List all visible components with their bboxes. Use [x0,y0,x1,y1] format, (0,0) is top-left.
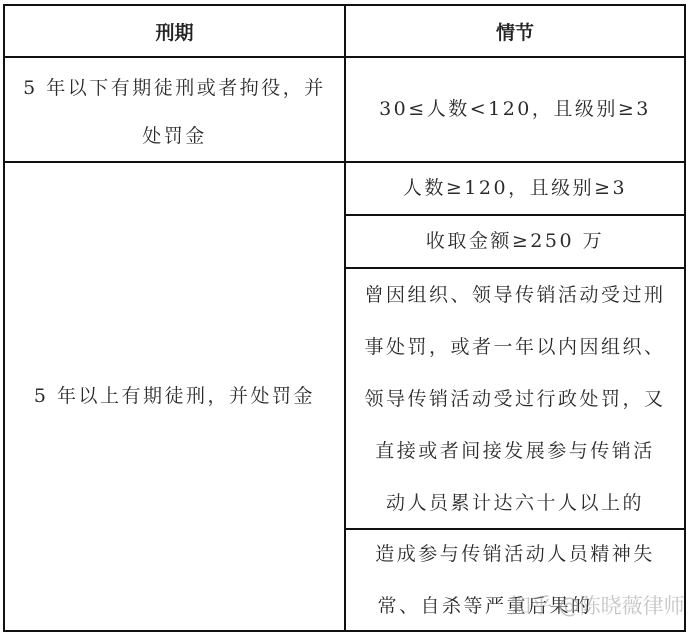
circumstance-line: 领导传销活动受过行政处罚，又 [364,373,665,425]
row2-penalty: 5 年以上有期徒刑，并处罚金 [5,163,344,630]
row1-circumstance: 30≤人数<120，且级别≥3 [346,58,684,161]
header-circumstances: 情节 [346,6,684,56]
row2-circumstance-2: 收取金额≥250 万 [346,216,684,267]
circumstance-line: 事处罚，或者一年以内因组织、 [364,321,665,373]
header-penalty: 刑期 [5,6,344,56]
penalty-line: 处罚金 [142,114,207,158]
circumstance-line: 曾因组织、领导传销活动受过刑 [364,269,665,321]
circumstance-line: 造成参与传销活动人员精神失 [375,528,655,580]
row1-penalty: 5 年以下有期徒刑或者拘役，并 处罚金 [5,58,344,161]
circumstance-line: 动人员累计达六十人以上的 [386,477,644,529]
penalty-line: 5 年以下有期徒刑或者拘役，并 [23,62,326,114]
sentencing-table: 刑期 情节 5 年以下有期徒刑或者拘役，并 处罚金 30≤人数<120，且级别≥… [3,4,686,632]
row2-circumstance-1: 人数≥120，且级别≥3 [346,163,684,214]
circumstance-line: 直接或者间接发展参与传销活 [375,425,655,477]
row2-circumstance-3: 曾因组织、领导传销活动受过刑 事处罚，或者一年以内因组织、 领导传销活动受过行政… [346,269,684,528]
watermark: 知乎 @陈晓薇律师 [510,590,685,620]
